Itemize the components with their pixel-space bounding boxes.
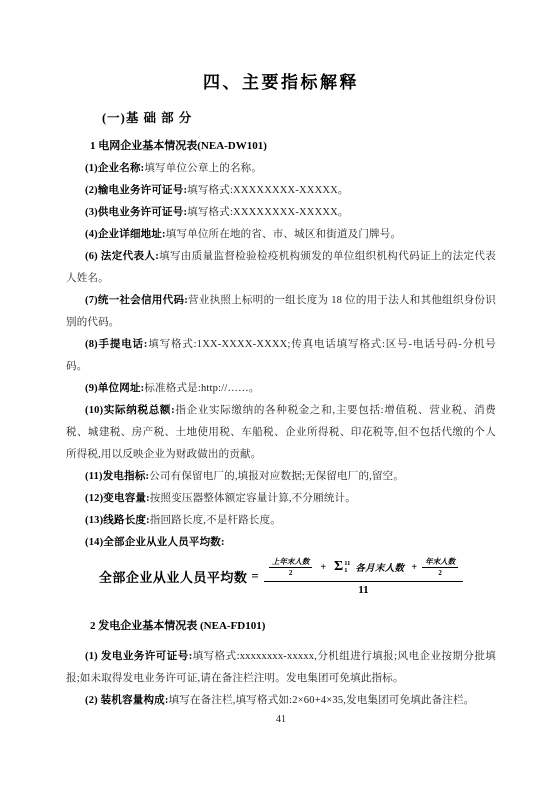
item-text: 指回路长度,不是杆路长度。 (150, 515, 281, 526)
indicator-item: (9)单位网址:标准格式是:http://……。 (66, 378, 496, 400)
sigma-operator: Σ 11 1 (334, 559, 350, 575)
formula-lhs: 全部企业从业人员平均数 (99, 567, 248, 586)
page-title: 四、主要指标解释 (66, 70, 496, 96)
formula-fraction: 上年末人数 2 + Σ 11 1 各月末人数 + 年末人数 2 (264, 557, 463, 596)
item-label: (2) 装机容量构成: (85, 695, 169, 706)
item-text: 按照变压器整体额定容量计算,不分厢统计。 (150, 493, 356, 504)
indicator-item: (7)统一社会信用代码:营业执照上标明的一组长度为 18 位的用于法人和其他组织… (66, 290, 496, 334)
item-label: (6) 法定代表人: (85, 251, 159, 262)
table1-items: (1)企业名称:填写单位公章上的名称。 (2)输电业务许可证号:填写格式:XXX… (66, 158, 496, 554)
indicator-item: (11)发电指标:公司有保留电厂的,填报对应数据;无保留电厂的,留空。 (66, 466, 496, 488)
indicator-item: (2) 装机容量构成:填写在备注栏,填写格式如:2×60+4×35,发电集团可免… (66, 690, 496, 712)
fraction-numerator: 上年末人数 2 + Σ 11 1 各月末人数 + 年末人数 2 (264, 557, 463, 582)
indicator-item: (6) 法定代表人:填写由质量监督检验检疫机构颁发的单位组织机构代码证上的法定代… (66, 246, 496, 290)
sum-term: 各月末人数 (355, 560, 404, 574)
indicator-item: (4)企业详细地址:填写单位所在地的省、市、城区和街道及门牌号。 (66, 224, 496, 246)
item-label: (1) 发电业务许可证号: (85, 651, 192, 662)
document-page: 四、主要指标解释 (一)基 础 部 分 1 电网企业基本情况表(NEA-DW10… (0, 0, 560, 791)
indicator-item: (12)变电容量:按照变压器整体额定容量计算,不分厢统计。 (66, 488, 496, 510)
item-label: (13)线路长度: (85, 515, 150, 526)
item-text: 填写格式:XXXXXXXX-XXXXX。 (187, 207, 349, 218)
indicator-item: (3)供电业务许可证号:填写格式:XXXXXXXX-XXXXX。 (66, 202, 496, 224)
section-basic-heading: (一)基 础 部 分 (102, 110, 496, 126)
indicator-item: (2)输电业务许可证号:填写格式:XXXXXXXX-XXXXX。 (66, 180, 496, 202)
sigma-icon: Σ (334, 559, 343, 575)
table2-heading: 2 发电企业基本情况表 (NEA-FD101) (90, 618, 496, 634)
subfraction-prev-year: 上年末人数 2 (269, 557, 313, 578)
item-text: 公司有保留电厂的,填报对应数据;无保留电厂的,留空。 (149, 471, 404, 482)
formula-average-employees: 全部企业从业人员平均数 = 上年末人数 2 + Σ 11 1 各月末人数 + (66, 554, 496, 598)
item-text: 标准格式是:http://……。 (144, 383, 259, 394)
indicator-item: (13)线路长度:指回路长度,不是杆路长度。 (66, 510, 496, 532)
plus-sign: + (320, 562, 326, 573)
indicator-item: (10)实际纳税总额:指企业实际缴纳的各种税金之和,主要包括:增值税、营业税、消… (66, 400, 496, 466)
table1-heading: 1 电网企业基本情况表(NEA-DW101) (90, 138, 496, 154)
item-label: (8)手提电话: (85, 339, 148, 350)
indicator-item: (8)手提电话:填写格式:1XX-XXXX-XXXX;传真电话填写格式:区号-电… (66, 334, 496, 378)
fraction-denominator: 11 (358, 582, 368, 596)
item-label: (12)变电容量: (85, 493, 150, 504)
item-label: (10)实际纳税总额: (85, 405, 175, 416)
page-number: 41 (66, 714, 496, 726)
item-text: 填写单位公章上的名称。 (144, 163, 262, 174)
item-label: (2)输电业务许可证号: (85, 185, 187, 196)
item-label: (14)全部企业从业人员平均数: (85, 537, 225, 548)
item-text: 填写单位所在地的省、市、城区和街道及门牌号。 (166, 229, 401, 240)
item-text: 填写格式:XXXXXXXX-XXXXX。 (187, 185, 349, 196)
indicator-item: (1) 发电业务许可证号:填写格式:xxxxxxxx-xxxxx,分机组进行填报… (66, 646, 496, 690)
item-label: (3)供电业务许可证号: (85, 207, 187, 218)
item-label: (9)单位网址: (85, 383, 144, 394)
table2-items: (1) 发电业务许可证号:填写格式:xxxxxxxx-xxxxx,分机组进行填报… (66, 646, 496, 712)
item-text: 填写在备注栏,填写格式如:2×60+4×35,发电集团可免填此备注栏。 (169, 695, 475, 706)
plus-sign: + (411, 562, 417, 573)
subfraction-year-end: 年末人数 2 (422, 557, 458, 578)
sigma-upper-limit: 11 (344, 560, 350, 567)
item-label: (1)企业名称: (85, 163, 144, 174)
indicator-item: (1)企业名称:填写单位公章上的名称。 (66, 158, 496, 180)
item-label: (7)统一社会信用代码: (85, 295, 188, 306)
indicator-item: (14)全部企业从业人员平均数: (66, 532, 496, 554)
equals-sign: = (251, 568, 258, 584)
sigma-lower-limit: 1 (344, 567, 350, 574)
item-label: (11)发电指标: (85, 471, 149, 482)
item-label: (4)企业详细地址: (85, 229, 166, 240)
